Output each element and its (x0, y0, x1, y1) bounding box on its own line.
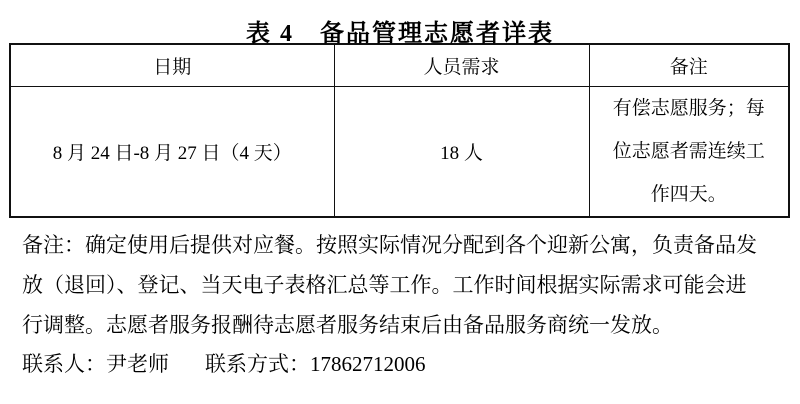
contact-person: 联系人：尹老师 (22, 350, 169, 378)
table-header-row: 日期 人员需求 备注 (10, 44, 789, 86)
table-row: 8 月 24 日-8 月 27 日（4 天） 18 人 有偿志愿服务；每 位志愿… (10, 86, 789, 217)
contact-line: 联系人：尹老师 联系方式：17862712006 (22, 350, 790, 378)
note-line: 放（退回）、登记、当天电子表格汇总等工作。工作时间根据实际需求可能会进 (22, 265, 790, 305)
remark-line: 位志愿者需连续工 (590, 130, 789, 173)
volunteer-table: 日期 人员需求 备注 8 月 24 日-8 月 27 日（4 天） 18 人 有… (9, 43, 790, 218)
cell-headcount: 18 人 (334, 86, 589, 217)
note-paragraph: 备注：确定使用后提供对应餐。按照实际情况分配到各个迎新公寓，负责备品发 放（退回… (22, 225, 790, 345)
contact-phone: 联系方式：17862712006 (205, 350, 426, 378)
cell-remark: 有偿志愿服务；每 位志愿者需连续工 作四天。 (589, 86, 789, 217)
remark-line: 作四天。 (590, 173, 789, 216)
note-line: 备注：确定使用后提供对应餐。按照实际情况分配到各个迎新公寓，负责备品发 (22, 225, 790, 265)
col-header-headcount: 人员需求 (334, 44, 589, 86)
remark-line: 有偿志愿服务；每 (590, 87, 789, 130)
table-caption: 表 4 备品管理志愿者详表 (0, 0, 800, 43)
col-header-remark: 备注 (589, 44, 789, 86)
note-line: 行调整。志愿者服务报酬待志愿者服务结束后由备品服务商统一发放。 (22, 305, 790, 345)
cell-date: 8 月 24 日-8 月 27 日（4 天） (10, 86, 334, 217)
document-page: 表 4 备品管理志愿者详表 日期 人员需求 备注 8 月 24 日-8 月 27… (0, 0, 800, 404)
col-header-date: 日期 (10, 44, 334, 86)
